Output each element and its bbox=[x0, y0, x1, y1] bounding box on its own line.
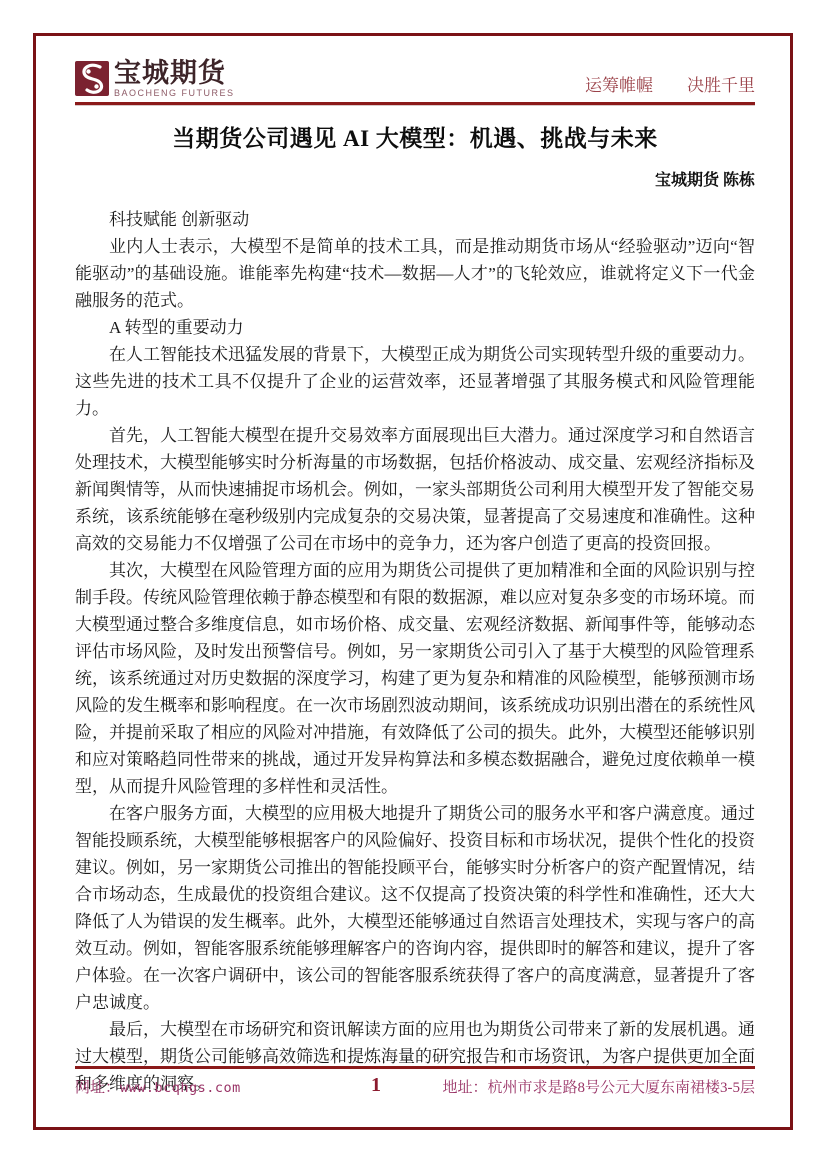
body-paragraph: 在客户服务方面，大模型的应用极大地提升了期货公司的服务水平和客户满意度。通过智能… bbox=[75, 800, 755, 1016]
footer-divider bbox=[75, 1066, 755, 1069]
body-paragraph: 其次，大模型在风险管理方面的应用为期货公司提供了更加精准和全面的风险识别与控制手… bbox=[75, 557, 755, 800]
footer-website: 网址：www.bcqhgs.com bbox=[75, 1076, 241, 1097]
header-divider bbox=[75, 102, 755, 106]
logo-swirl-icon bbox=[75, 60, 110, 97]
header: 宝城期货 BAOCHENG FUTURES 运筹帷幄决胜千里 bbox=[75, 54, 755, 98]
company-logo: 宝城期货 BAOCHENG FUTURES bbox=[75, 60, 235, 98]
logo-company-name-en: BAOCHENG FUTURES bbox=[114, 89, 235, 98]
author-byline: 宝城期货 陈栋 bbox=[75, 167, 755, 190]
slogan-phrase-2: 决胜千里 bbox=[687, 76, 755, 95]
company-slogan: 运筹帷幄决胜千里 bbox=[585, 71, 755, 98]
footer-address: 地址：杭州市求是路8号公元大厦东南裙楼3-5层 bbox=[442, 1076, 755, 1097]
slogan-phrase-1: 运筹帷幄 bbox=[585, 76, 653, 95]
page-title: 当期货公司遇见 AI 大模型：机遇、挑战与未来 bbox=[75, 120, 755, 153]
body-paragraph: A 转型的重要动力 bbox=[75, 314, 755, 341]
body-paragraph: 首先，人工智能大模型在提升交易效率方面展现出巨大潜力。通过深度学习和自然语言处理… bbox=[75, 422, 755, 557]
logo-text-block: 宝城期货 BAOCHENG FUTURES bbox=[114, 60, 235, 98]
body-paragraph: 在人工智能技术迅猛发展的背景下，大模型正成为期货公司实现转型升级的重要动力。这些… bbox=[75, 341, 755, 422]
body-paragraph: 科技赋能 创新驱动 bbox=[75, 206, 755, 233]
page-number: 1 bbox=[363, 1074, 389, 1097]
footer-address-text: 杭州市求是路8号公元大厦东南裙楼3-5层 bbox=[488, 1080, 756, 1096]
footer-website-label: 网址： bbox=[75, 1080, 120, 1096]
logo-company-name-cn: 宝城期货 bbox=[114, 60, 235, 87]
footer-address-label: 地址： bbox=[442, 1080, 487, 1096]
document-page: 宝城期货 BAOCHENG FUTURES 运筹帷幄决胜千里 当期货公司遇见 A… bbox=[0, 0, 826, 1169]
page-content: 宝城期货 BAOCHENG FUTURES 运筹帷幄决胜千里 当期货公司遇见 A… bbox=[75, 54, 755, 1097]
footer: 网址：www.bcqhgs.com 1 地址：杭州市求是路8号公元大厦东南裙楼3… bbox=[75, 1074, 755, 1098]
body-paragraphs: 科技赋能 创新驱动业内人士表示，大模型不是简单的技术工具，而是推动期货市场从“经… bbox=[75, 206, 755, 1097]
body-paragraph: 业内人士表示，大模型不是简单的技术工具，而是推动期货市场从“经验驱动”迈向“智能… bbox=[75, 233, 755, 314]
footer-website-url: www.bcqhgs.com bbox=[120, 1080, 241, 1096]
